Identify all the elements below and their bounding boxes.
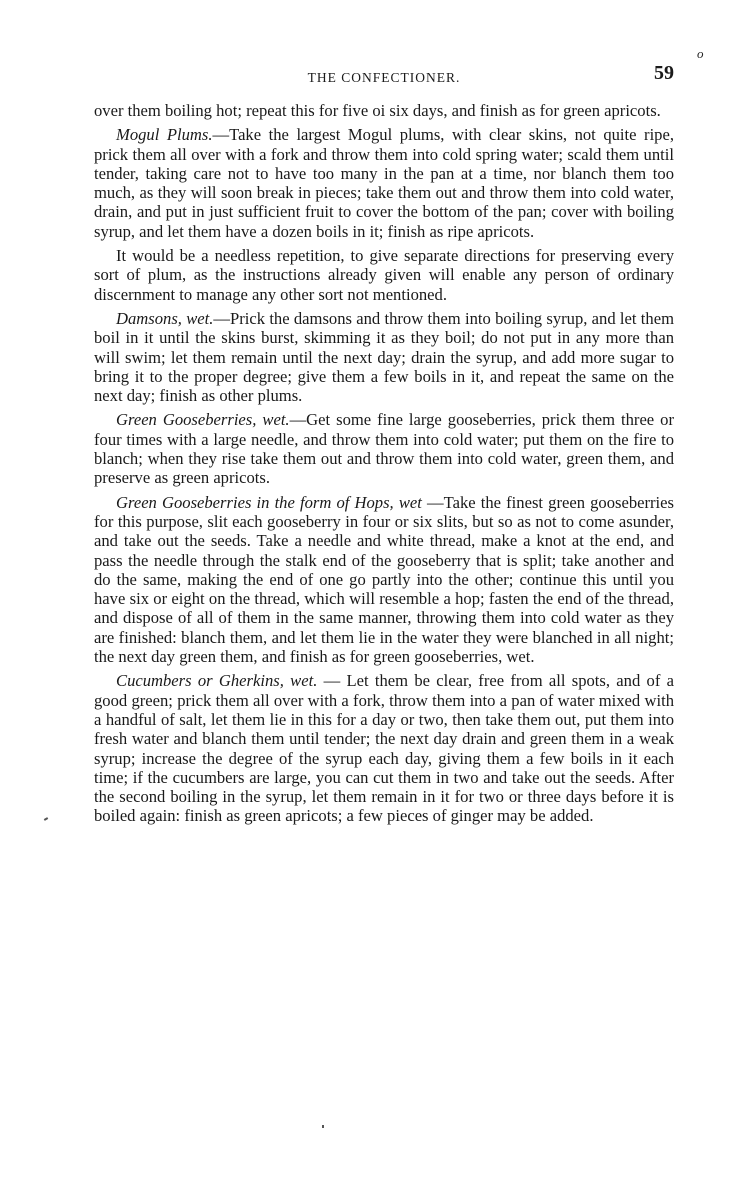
recipe-heading: Damsons, wet. bbox=[116, 309, 213, 328]
paragraph-mogul-plums: Mogul Plums.—Take the largest Mogul plum… bbox=[94, 125, 674, 241]
running-head: THE CONFECTIONER. 59 bbox=[94, 64, 674, 88]
recipe-heading: Green Gooseberries in the form of Hops, … bbox=[116, 493, 422, 512]
page-speck bbox=[322, 1125, 324, 1128]
paragraph-text: — Let them be clear, free from all spots… bbox=[94, 671, 674, 825]
paragraph-green-gooseberries: Green Gooseberries, wet.—Get some fine l… bbox=[94, 410, 674, 487]
running-title: THE CONFECTIONER. bbox=[94, 68, 674, 87]
recipe-heading: Mogul Plums. bbox=[116, 125, 213, 144]
paragraph-plum-note: It would be a needless repetition, to gi… bbox=[94, 246, 674, 304]
page-body: over them boiling hot; repeat this for f… bbox=[94, 101, 674, 831]
margin-speck bbox=[44, 817, 48, 821]
corner-mark: o bbox=[697, 46, 704, 62]
recipe-heading: Green Gooseberries, wet. bbox=[116, 410, 290, 429]
paragraph-damsons: Damsons, wet.—Prick the damsons and thro… bbox=[94, 309, 674, 405]
paragraph-gooseberry-hops: Green Gooseberries in the form of Hops, … bbox=[94, 493, 674, 667]
page-number: 59 bbox=[654, 64, 674, 83]
recipe-heading: Cucumbers or Gherkins, wet. bbox=[116, 671, 317, 690]
paragraph-continuation: over them boiling hot; repeat this for f… bbox=[94, 101, 674, 120]
paragraph-text: over them boiling hot; repeat this for f… bbox=[94, 101, 661, 120]
paragraph-text: It would be a needless repetition, to gi… bbox=[94, 246, 674, 304]
paragraph-text: —Take the finest green gooseberries for … bbox=[94, 493, 674, 666]
paragraph-cucumbers: Cucumbers or Gherkins, wet. — Let them b… bbox=[94, 671, 674, 825]
